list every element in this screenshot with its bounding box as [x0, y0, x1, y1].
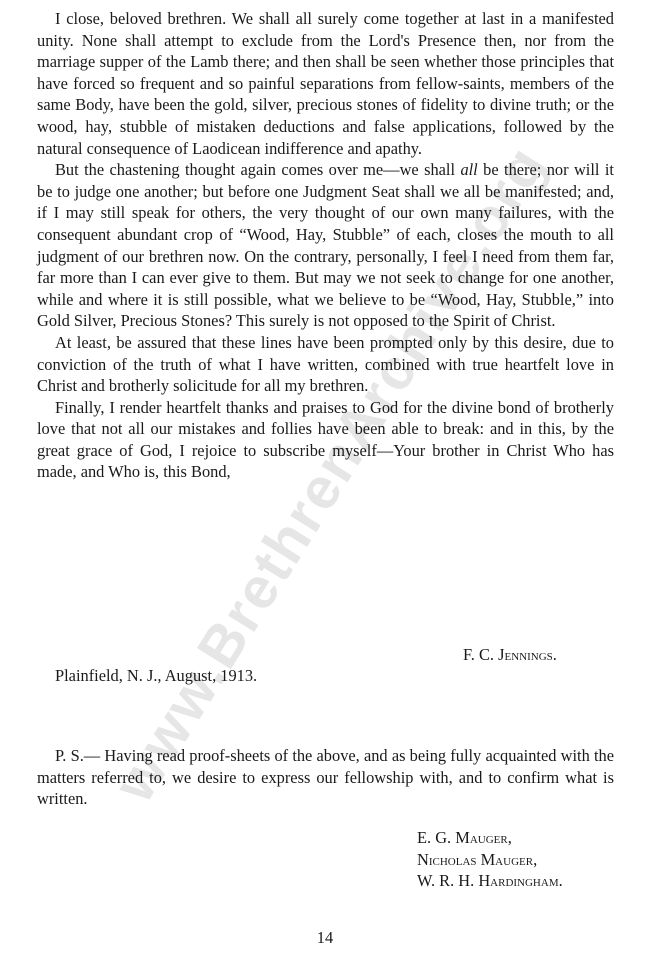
paragraph-closing: I close, beloved brethren. We shall all …	[37, 8, 614, 159]
page-number: 14	[0, 928, 650, 948]
postscript-text: P. S.— Having read proof-sheets of the a…	[37, 745, 614, 810]
paragraph-chastening: But the chastening thought again comes o…	[37, 159, 614, 332]
cosigner: W. R. H. Hardingham.	[417, 870, 563, 892]
cosigners-list: E. G. Mauger, Nicholas Mauger, W. R. H. …	[417, 827, 563, 892]
cosigner: E. G. Mauger,	[417, 827, 563, 849]
paragraph-text: be there; nor will it be to judge one an…	[37, 160, 614, 330]
paragraph-assurance: At least, be assured that these lines ha…	[37, 332, 614, 397]
letter-body: I close, beloved brethren. We shall all …	[37, 8, 614, 483]
emphasis-text: all	[460, 160, 477, 179]
place-and-date: Plainfield, N. J., August, 1913.	[55, 666, 257, 686]
paragraph-text: But the chastening thought again comes o…	[55, 160, 460, 179]
paragraph-finally: Finally, I render heartfelt thanks and p…	[37, 397, 614, 483]
author-signature: F. C. Jennings.	[463, 645, 557, 665]
cosigner: Nicholas Mauger,	[417, 849, 563, 871]
postscript: P. S.— Having read proof-sheets of the a…	[37, 745, 614, 810]
document-page: www.BrethrenArchive.org I close, beloved…	[0, 0, 650, 969]
